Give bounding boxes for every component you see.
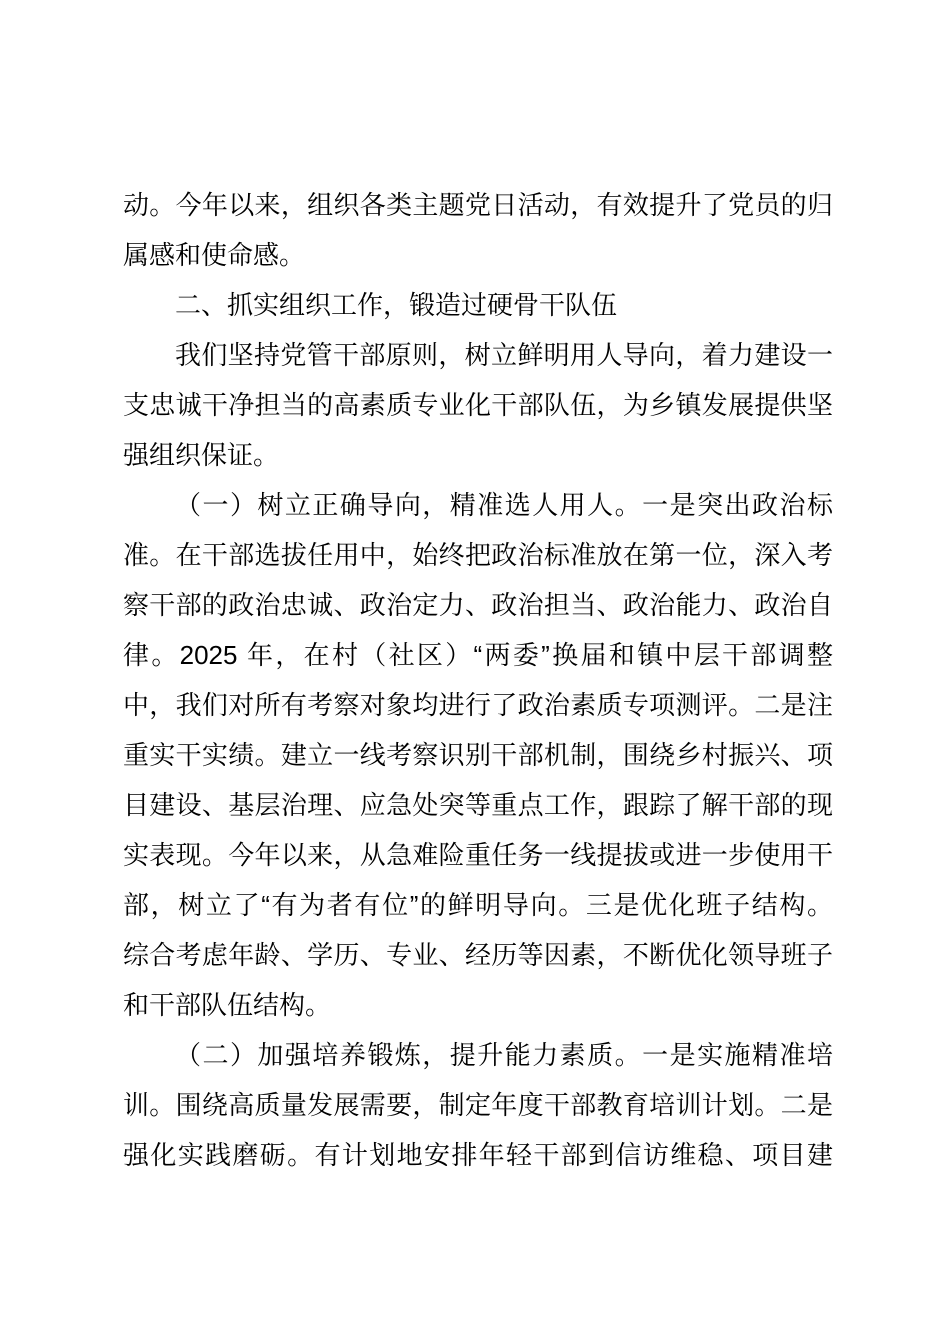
text-line: （一）树立正确导向，精准选人用人。一是突出政治标 <box>123 480 833 530</box>
document-page: 动。今年以来，组织各类主题党日活动，有效提升了党员的归属感和使命感。二、抓实组织… <box>0 0 950 1344</box>
paragraph-item-2: （二）加强培养锻炼，提升能力素质。一是实施精准培训。围绕高质量发展需要，制定年度… <box>123 1030 833 1180</box>
text-line: 支忠诚干净担当的高素质专业化干部队伍，为乡镇发展提供坚 <box>123 380 833 430</box>
text-line: 强组织保证。 <box>123 430 833 480</box>
text-line: 中，我们对所有考察对象均进行了政治素质专项测评。二是注 <box>123 680 833 730</box>
text-line: （二）加强培养锻炼，提升能力素质。一是实施精准培 <box>123 1030 833 1080</box>
paragraph-item-1: （一）树立正确导向，精准选人用人。一是突出政治标准。在干部选拔任用中，始终把政治… <box>123 480 833 1030</box>
paragraph-continuation: 动。今年以来，组织各类主题党日活动，有效提升了党员的归属感和使命感。 <box>123 180 833 280</box>
text-line: 属感和使命感。 <box>123 230 833 280</box>
text-line: 目建设、基层治理、应急处突等重点工作，跟踪了解干部的现 <box>123 780 833 830</box>
text-line: 重实干实绩。建立一线考察识别干部机制，围绕乡村振兴、项 <box>123 730 833 780</box>
text-line: 综合考虑年龄、学历、专业、经历等因素，不断优化领导班子 <box>123 930 833 980</box>
text-line: 训。围绕高质量发展需要，制定年度干部教育培训计划。二是 <box>123 1080 833 1130</box>
text-line: 我们坚持党管干部原则，树立鲜明用人导向，着力建设一 <box>123 330 833 380</box>
document-content: 动。今年以来，组织各类主题党日活动，有效提升了党员的归属感和使命感。二、抓实组织… <box>123 180 833 1180</box>
text-line: 动。今年以来，组织各类主题党日活动，有效提升了党员的归 <box>123 180 833 230</box>
section-heading-2: 二、抓实组织工作，锻造过硬骨干队伍 <box>123 280 833 330</box>
paragraph-section-intro: 我们坚持党管干部原则，树立鲜明用人导向，着力建设一支忠诚干净担当的高素质专业化干… <box>123 330 833 480</box>
text-line: 强化实践磨砺。有计划地安排年轻干部到信访维稳、项目建 <box>123 1130 833 1180</box>
text-line: 律。2025 年，在村（社区）“两委”换届和镇中层干部调整 <box>123 630 833 680</box>
text-line: 部，树立了“有为者有位”的鲜明导向。三是优化班子结构。 <box>123 880 833 930</box>
text-line: 察干部的政治忠诚、政治定力、政治担当、政治能力、政治自 <box>123 580 833 630</box>
text-line: 实表现。今年以来，从急难险重任务一线提拔或进一步使用干 <box>123 830 833 880</box>
text-line: 和干部队伍结构。 <box>123 980 833 1030</box>
text-line: 二、抓实组织工作，锻造过硬骨干队伍 <box>123 280 833 330</box>
text-line: 准。在干部选拔任用中，始终把政治标准放在第一位，深入考 <box>123 530 833 580</box>
